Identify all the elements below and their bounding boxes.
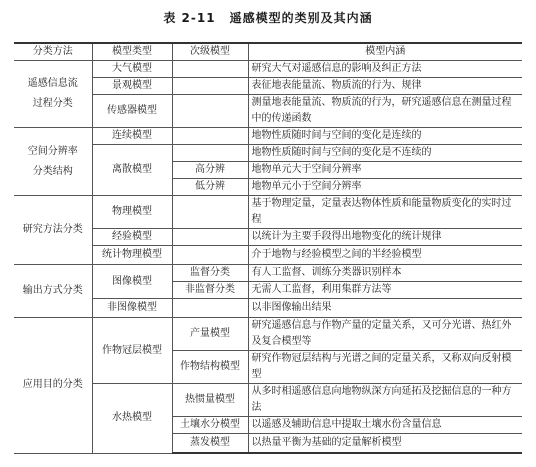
header-classification-method: 分类方法	[14, 43, 92, 61]
meaning-cell: 地物性质随时间与空间的变化是连续的	[248, 128, 522, 145]
model-type-cell: 经验模型	[92, 229, 172, 246]
meaning-cell: 研究遥感信息与作物产量的定量关系，又可分光谱、热红外及复合模型等	[248, 318, 522, 351]
header-model-type: 模型类型	[92, 43, 172, 61]
sub-model-cell: 低分辨	[172, 179, 248, 196]
category-line: 过程分类	[18, 94, 88, 114]
category-line: 遥感信息流	[18, 74, 88, 94]
header-row: 分类方法 模型类型 次级模型 模型内涵	[14, 43, 522, 61]
remote-sensing-model-table: 分类方法 模型类型 次级模型 模型内涵 遥感信息流 过程分类 大气模型 研究大气…	[14, 42, 522, 454]
meaning-cell: 以非图像输出结果	[248, 299, 522, 318]
category-line: 分类结构	[18, 162, 88, 182]
header-sub-model: 次级模型	[172, 43, 248, 61]
sub-model-cell	[172, 78, 248, 95]
table-title: 遥感模型的类别及其内涵	[230, 11, 373, 25]
model-type-cell: 水热模型	[92, 384, 172, 454]
model-type-cell: 连续模型	[92, 128, 172, 145]
category-cell: 应用目的分类	[14, 318, 92, 454]
meaning-cell: 有人工监督、训练分类器识别样本	[248, 265, 522, 282]
model-type-cell: 离散模型	[92, 145, 172, 196]
model-type-cell: 大气模型	[92, 61, 172, 78]
table-caption: 表 2-11遥感模型的类别及其内涵	[0, 9, 536, 26]
meaning-cell: 研究作物冠层结构与光谱之间的定量关系，又称双向反射模型	[248, 351, 522, 384]
model-type-cell: 传感器模型	[92, 95, 172, 128]
category-cell: 空间分辨率 分类结构	[14, 128, 92, 196]
meaning-cell: 基于物理定量，定量表达物体性质和能量物质变化的实时过程	[248, 196, 522, 229]
table-row: 应用目的分类 作物冠层模型 产量模型 研究遥感信息与作物产量的定量关系，又可分光…	[14, 318, 522, 351]
model-type-cell: 物理模型	[92, 196, 172, 229]
sub-model-cell: 高分辨	[172, 162, 248, 179]
sub-model-cell	[172, 246, 248, 265]
sub-model-cell	[172, 61, 248, 78]
sub-model-cell	[172, 95, 248, 128]
table-number: 表 2-11	[163, 11, 215, 25]
sub-model-cell	[172, 299, 248, 318]
meaning-cell: 以统计为主要手段得出地物变化的统计规律	[248, 229, 522, 246]
category-cell: 输出方式分类	[14, 265, 92, 318]
sub-model-cell: 产量模型	[172, 318, 248, 351]
table-row: 空间分辨率 分类结构 连续模型 地物性质随时间与空间的变化是连续的	[14, 128, 522, 145]
sub-model-cell: 监督分类	[172, 265, 248, 282]
meaning-cell: 以遥感及辅助信息中提取土壤水份含量信息	[248, 417, 522, 434]
meaning-cell: 研究大气对遥感信息的影响及纠正方法	[248, 61, 522, 78]
meaning-cell: 地物单元小于空间分辨率	[248, 179, 522, 196]
model-type-cell: 作物冠层模型	[92, 318, 172, 384]
category-cell: 遥感信息流 过程分类	[14, 61, 92, 128]
sub-model-cell: 热惯量模型	[172, 384, 248, 417]
sub-model-cell: 作物结构模型	[172, 351, 248, 384]
meaning-cell: 无需人工监督，利用集群方法等	[248, 282, 522, 299]
meaning-cell: 地物性质随时间与空间的变化是不连续的	[248, 145, 522, 162]
sub-model-cell: 土壤水分模型	[172, 417, 248, 434]
model-type-cell: 统计物理模型	[92, 246, 172, 265]
table-row: 遥感信息流 过程分类 大气模型 研究大气对遥感信息的影响及纠正方法	[14, 61, 522, 78]
meaning-cell: 表征地表能量流、物质流的行为、规律	[248, 78, 522, 95]
meaning-cell: 以热量平衡为基础的定量解析模型	[248, 434, 522, 454]
model-type-cell: 图像模型	[92, 265, 172, 299]
meaning-cell: 从多时相遥感信息向地物纵深方向延拓及挖掘信息的一种方法	[248, 384, 522, 417]
meaning-cell: 测量地表能量流、物质流的行为，研究遥感信息在测量过程中的传递函数	[248, 95, 522, 128]
meaning-cell: 介于地物与经验模型之间的半经验模型	[248, 246, 522, 265]
table-row: 研究方法分类 物理模型 基于物理定量，定量表达物体性质和能量物质变化的实时过程	[14, 196, 522, 229]
sub-model-cell	[172, 229, 248, 246]
category-line: 输出方式分类	[18, 281, 88, 301]
category-line: 研究方法分类	[18, 220, 88, 240]
sub-model-cell: 蒸发模型	[172, 434, 248, 454]
category-cell: 研究方法分类	[14, 196, 92, 265]
category-line: 应用目的分类	[18, 375, 88, 395]
category-line: 空间分辨率	[18, 142, 88, 162]
table-row: 输出方式分类 图像模型 监督分类 有人工监督、训练分类器识别样本	[14, 265, 522, 282]
header-model-meaning: 模型内涵	[248, 43, 522, 61]
sub-model-cell: 非监督分类	[172, 282, 248, 299]
model-type-cell: 非图像模型	[92, 299, 172, 318]
sub-model-cell	[172, 196, 248, 229]
sub-model-cell	[172, 145, 248, 162]
model-type-cell: 景观模型	[92, 78, 172, 95]
sub-model-cell	[172, 128, 248, 145]
meaning-cell: 地物单元大于空间分辨率	[248, 162, 522, 179]
